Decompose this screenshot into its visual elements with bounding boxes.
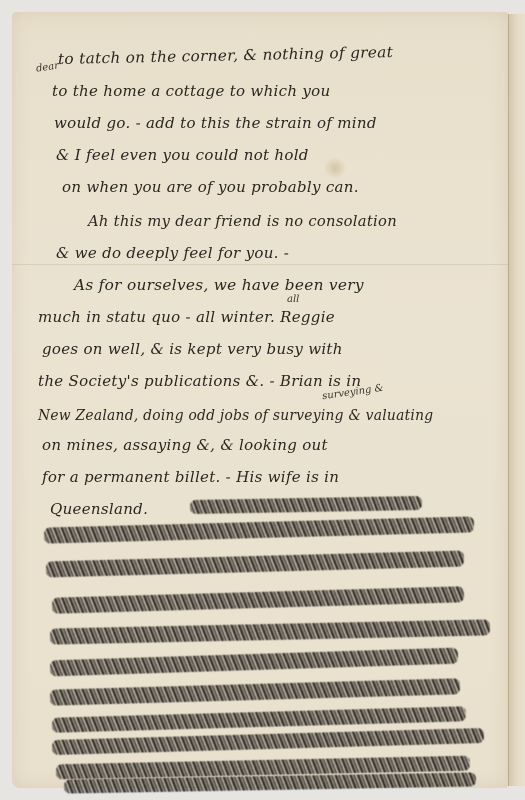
letter-line: on when you are of you probably can. xyxy=(62,178,359,196)
letter-line: for a permanent billet. - His wife is in xyxy=(42,468,339,486)
redacted-scribble xyxy=(46,551,464,578)
letter-line: would go. - add to this the strain of mi… xyxy=(54,114,377,132)
letter-page: dear to tatch on the corner, & nothing o… xyxy=(12,12,508,788)
letter-line: much in statu quo - all winter. Reggie xyxy=(38,308,335,326)
redacted-scribble xyxy=(52,706,466,733)
letter-line: & I feel even you could not hold xyxy=(56,146,309,164)
paper-stain xyxy=(324,157,346,179)
letter-line: goes on well, & is kept very busy with xyxy=(42,340,343,358)
paper-fold xyxy=(12,264,508,265)
redacted-scribble xyxy=(50,648,458,677)
redacted-scribble xyxy=(52,728,484,755)
letter-line: to the home a cottage to which you xyxy=(52,82,330,100)
letter-line: Ah this my dear friend is no consolation xyxy=(88,212,397,230)
letter-line: As for ourselves, we have been very xyxy=(74,276,364,294)
redacted-scribble xyxy=(50,619,490,644)
letter-line: & we do deeply feel for you. - xyxy=(56,244,289,262)
redacted-scribble xyxy=(52,586,464,613)
adjacent-page-edge xyxy=(508,14,525,786)
letter-line: New Zealand, doing odd jobs of surveying… xyxy=(38,406,433,424)
redacted-scribble xyxy=(44,516,474,543)
letter-line: the Society's publications &. - Brian is… xyxy=(38,372,361,390)
redacted-scribble xyxy=(50,678,460,705)
margin-insert: dear xyxy=(35,60,59,74)
interlinear-insert: all xyxy=(287,294,299,305)
letter-line: to tatch on the corner, & nothing of gre… xyxy=(58,43,393,68)
letter-line: Queensland. xyxy=(50,500,148,518)
letter-line: on mines, assaying &, & looking out xyxy=(42,436,328,454)
redacted-scribble xyxy=(190,496,422,514)
